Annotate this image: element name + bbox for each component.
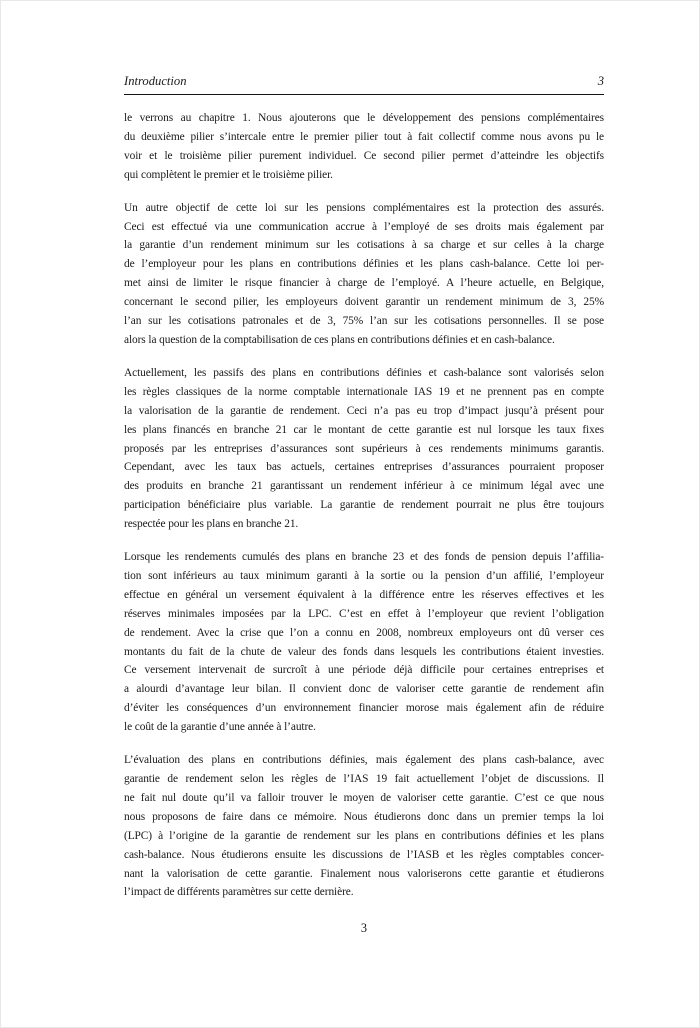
text-line: du deuxième pilier s’intercale entre le … [124, 128, 604, 147]
paragraph: Actuellement, les passifs des plans en c… [124, 364, 604, 534]
text-line: réserves minimales imposées par la LPC. … [124, 605, 604, 624]
section-title: Introduction [124, 74, 187, 89]
text-line: Cependant, avec les taux bas actuels, ce… [124, 458, 604, 477]
body-text: le verrons au chapitre 1. Nous ajouteron… [124, 109, 604, 902]
text-line: ne fait nul doute qu’il va falloir trouv… [124, 789, 604, 808]
text-line: effectue en général un versement équival… [124, 586, 604, 605]
page-footer: 3 [124, 921, 604, 936]
text-line: d’éviter les conséquences d’un environne… [124, 699, 604, 718]
paragraph: Un autre objectif de cette loi sur les p… [124, 199, 604, 350]
text-line: a alourdi d’avantage leur bilan. Il conv… [124, 680, 604, 699]
text-line: nant la valorisation de cette garantie. … [124, 865, 604, 884]
text-line: montants du fait de la chute de valeur d… [124, 643, 604, 662]
document-page: Introduction 3 le verrons au chapitre 1.… [0, 0, 700, 1028]
text-line: tion sont inférieurs au taux minimum gar… [124, 567, 604, 586]
text-line: (LPC) à l’origine de la garantie de rend… [124, 827, 604, 846]
text-line: cash-balance. Nous étudierons ensuite le… [124, 846, 604, 865]
text-line: le verrons au chapitre 1. Nous ajouteron… [124, 109, 604, 128]
text-line: la valorisation de la garantie de rendem… [124, 402, 604, 421]
text-line: le coût de la garantie d’une année à l’a… [124, 718, 604, 737]
text-line: concernant le second pilier, les employe… [124, 293, 604, 312]
text-line: voir et le troisième pilier purement ind… [124, 147, 604, 166]
text-line: participation bénéficiaire plus variable… [124, 496, 604, 515]
header-page-number: 3 [598, 74, 604, 89]
text-line: Un autre objectif de cette loi sur les p… [124, 199, 604, 218]
text-line: l’an sur les cotisations patronales et d… [124, 312, 604, 331]
text-line: garantie de rendement selon les règles d… [124, 770, 604, 789]
text-line: des produits en branche 21 garantissant … [124, 477, 604, 496]
text-line: met ainsi de limiter le risque financier… [124, 274, 604, 293]
footer-page-number: 3 [361, 921, 367, 935]
text-line: de rendement. Avec la crise que l’on a c… [124, 624, 604, 643]
text-line: la garantie d’un rendement minimum sur l… [124, 236, 604, 255]
text-line: alors la question de la comptabilisation… [124, 331, 604, 350]
text-line: nous proposons de faire dans ce mémoire.… [124, 808, 604, 827]
text-line: Ce versement intervenait de surcroît à u… [124, 661, 604, 680]
text-line: l’impact de différents paramètres sur ce… [124, 883, 604, 902]
paragraph: Lorsque les rendements cumulés des plans… [124, 548, 604, 737]
text-line: Actuellement, les passifs des plans en c… [124, 364, 604, 383]
paragraph: le verrons au chapitre 1. Nous ajouteron… [124, 109, 604, 185]
text-line: les règles classiques de la norme compta… [124, 383, 604, 402]
text-line: proposés par les entreprises d’assurance… [124, 440, 604, 459]
text-line: L’évaluation des plans en contributions … [124, 751, 604, 770]
text-line: de l’employeur pour les plans en contrib… [124, 255, 604, 274]
page-header: Introduction 3 [124, 74, 604, 95]
paragraph: L’évaluation des plans en contributions … [124, 751, 604, 902]
text-line: les plans financés en branche 21 car le … [124, 421, 604, 440]
text-line: respectée pour les plans en branche 21. [124, 515, 604, 534]
text-line: Ceci est effectué via une communication … [124, 218, 604, 237]
text-line: Lorsque les rendements cumulés des plans… [124, 548, 604, 567]
text-line: qui complètent le premier et le troisièm… [124, 166, 604, 185]
